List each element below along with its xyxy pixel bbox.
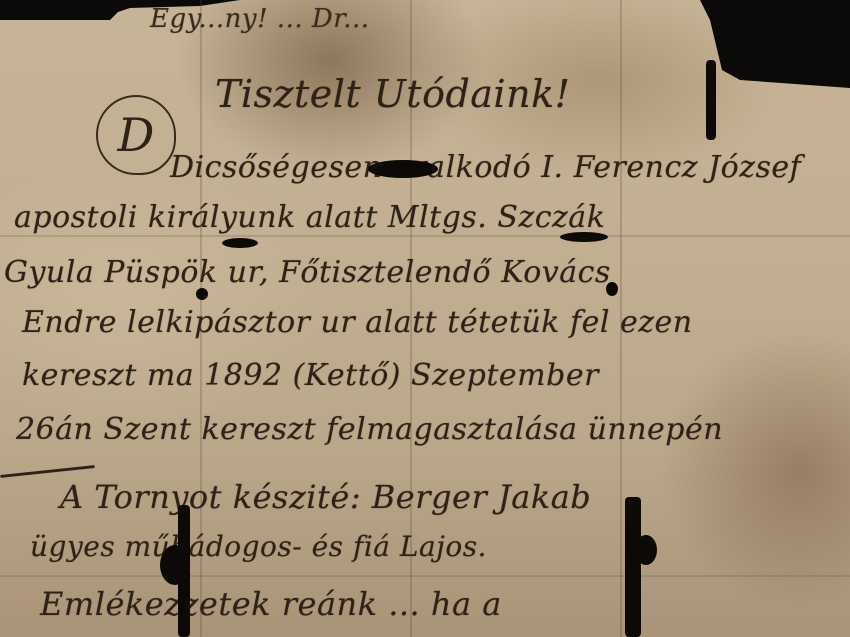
salutation: Tisztelt Utódaink!	[215, 72, 570, 116]
ink-blot	[606, 282, 618, 296]
body-line-9: Emlékezzetek reánk ... ha a	[40, 585, 502, 623]
fold-crease	[0, 575, 850, 577]
dropcap-letter: D	[96, 95, 176, 175]
body-line-3: Gyula Püspök ur, Főtisztelendő Kovács	[4, 255, 611, 290]
body-line-4: Endre lelkipásztor ur alatt tétetük fel …	[22, 305, 693, 340]
ink-blot	[368, 160, 438, 178]
partial-top-line: Egy...ny! ... Dr...	[150, 4, 370, 34]
body-line-8: ügyes műbádogos- és fiá Lajos.	[30, 530, 487, 563]
ink-blot	[222, 238, 258, 248]
body-line-5: kereszt ma 1892 (Kettő) Szeptember	[22, 358, 599, 393]
body-line-6: 26án Szent kereszt felmagasztalása ünnep…	[16, 412, 723, 447]
ink-blot	[160, 545, 190, 585]
fold-crease	[0, 235, 850, 237]
body-line-7: A Tornyot készité: Berger Jakab	[60, 478, 591, 516]
body-line-1: Dicsőségesen uralkodó I. Ferencz József	[170, 150, 801, 185]
ink-drip	[706, 60, 716, 140]
ink-blot	[635, 535, 657, 565]
ink-drip	[625, 497, 641, 637]
body-line-2: apostoli királyunk alatt Mltgs. Szczák	[14, 200, 605, 235]
ink-blot	[196, 288, 208, 300]
document-photo: Egy...ny! ... Dr... Tisztelt Utódaink! D…	[0, 0, 850, 637]
ink-blot	[560, 232, 608, 242]
